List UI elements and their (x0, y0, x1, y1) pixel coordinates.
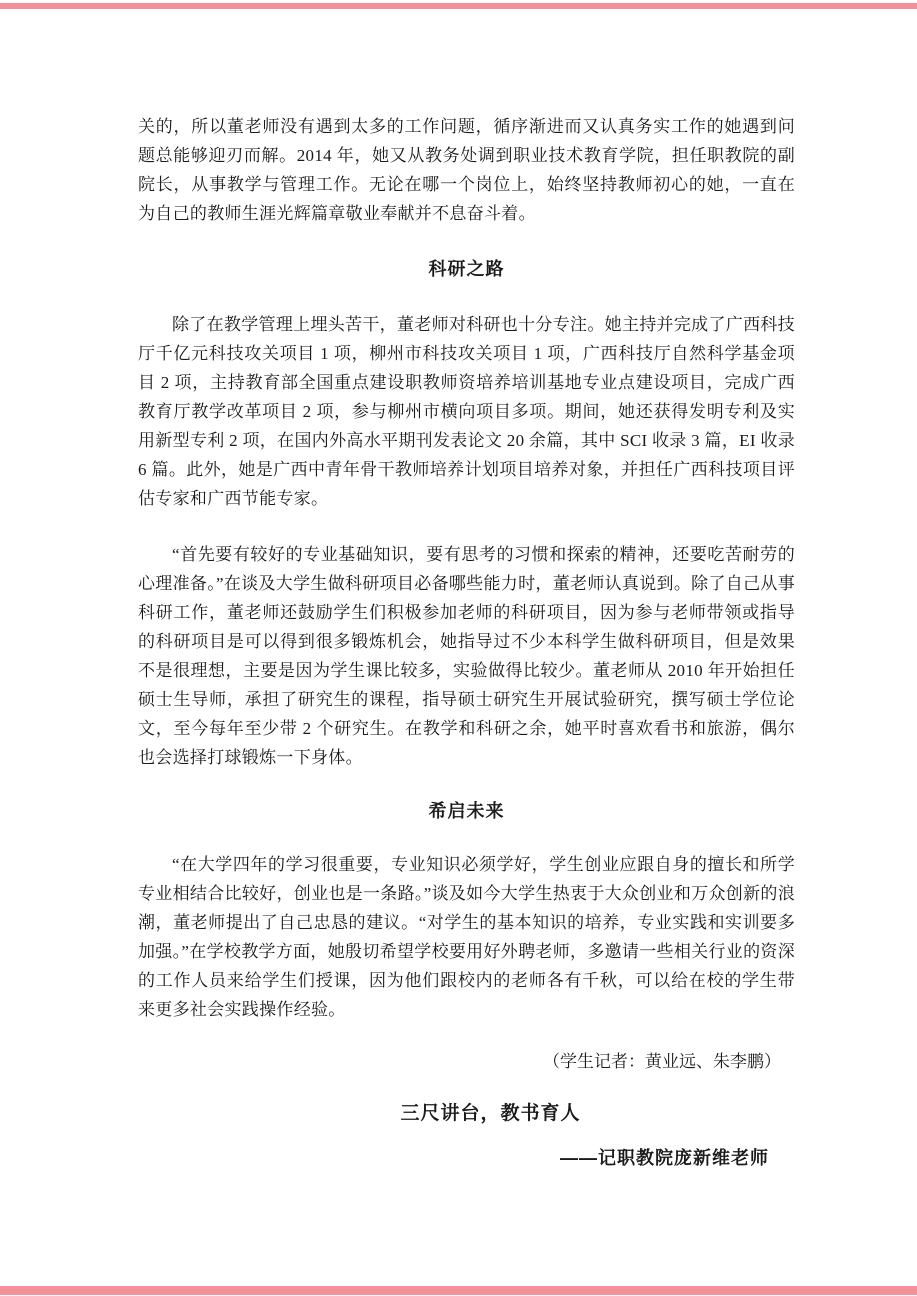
section-heading-research: 科研之路 (138, 255, 795, 284)
research-advice-paragraph: “首先要有较好的专业基础知识，要有思考的习惯和探索的精神，还要吃苦耐劳的心理准备… (138, 540, 795, 772)
section-heading-future: 希启未来 (138, 797, 795, 826)
top-accent-bar (0, 3, 917, 9)
future-advice-paragraph: “在大学四年的学习很重要，专业知识必须学好，学生创业应跟自身的擅长和所学专业相结… (138, 850, 795, 1024)
continuation-paragraph: 关的，所以董老师没有遇到太多的工作问题，循序渐进而又认真务实工作的她遇到问题总能… (138, 112, 795, 228)
article-body: 关的，所以董老师没有遇到太多的工作问题，循序渐进而又认真务实工作的她遇到问题总能… (138, 112, 795, 1173)
student-reporter-byline: （学生记者：黄业远、朱李鹏） (138, 1047, 781, 1076)
next-article-title: 三尺讲台，教书育人 (186, 1099, 795, 1128)
research-achievements-paragraph: 除了在教学管理上埋头苦干，董老师对科研也十分专注。她主持并完成了广西科技厅千亿元… (138, 310, 795, 513)
next-article-subtitle: ——记职教院庞新维老师 (138, 1144, 769, 1173)
bottom-accent-bar (0, 1286, 917, 1295)
